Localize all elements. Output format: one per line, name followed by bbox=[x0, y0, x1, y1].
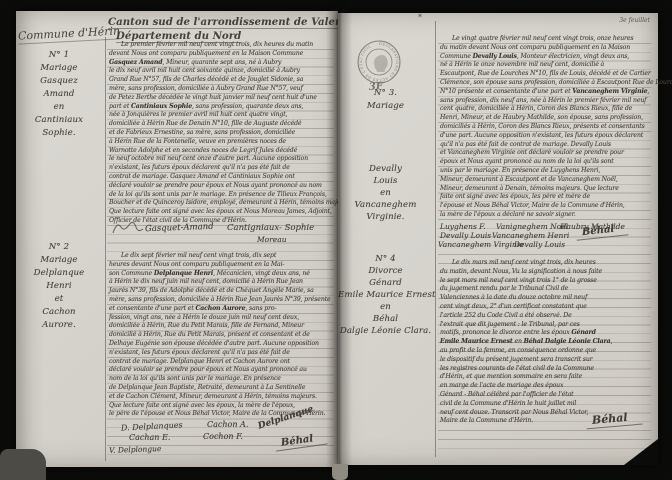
text-line: Gasquez bbox=[16, 75, 102, 88]
text-line: unis par le mariage. En présence de Luyg… bbox=[440, 167, 651, 176]
text-line: et Vancaneghem Virginie ont déclaré voul… bbox=[440, 149, 651, 158]
text-line: Le vingt quatre février mil neuf cent vi… bbox=[440, 35, 651, 44]
text-line: domiciliés à Hérin, Coron des Blancs Rie… bbox=[440, 123, 651, 132]
margin-rule bbox=[105, 37, 106, 461]
text-line: Escautpont, Rue de Lourches N°10, fils d… bbox=[440, 70, 651, 79]
text-line: cent quatre, domiciliée à Hérin, Coron d… bbox=[440, 105, 651, 114]
text-line: Clémence, son épouse sans profession, do… bbox=[440, 79, 651, 88]
right-page: 3e feuillet * DÉCLARATIONS ET ACTES DE L… bbox=[338, 13, 658, 465]
signature: Cachan E. bbox=[129, 433, 170, 442]
text-line: N°10 présente et consentante d'une part … bbox=[440, 88, 651, 97]
text-line: le sept mars mil neuf cent vingt trois 1… bbox=[440, 277, 651, 286]
text-line: en marge de l'acte de mariage des époux bbox=[440, 382, 651, 391]
text-line: de Petez Berthe décédée le vingt huit ja… bbox=[109, 94, 334, 103]
text-line: en bbox=[338, 301, 433, 313]
text-line: à Hérin Rue de la Fontenelle, veuve en p… bbox=[109, 138, 334, 147]
text-line: Génard bbox=[338, 277, 433, 289]
text-line: le dix neuf avril mil huit cent soixante… bbox=[109, 67, 334, 76]
text-line: époux et Nous ayant prononcé au nom de l… bbox=[440, 158, 651, 167]
text-line: mère, sans profession, domiciliée à Héri… bbox=[109, 296, 334, 305]
text-line: Amand bbox=[16, 88, 102, 101]
text-line: du jugement rendu par le Tribunal Civil … bbox=[440, 285, 651, 294]
text-line: Grand Rue N°57, fils de Charles décédé e… bbox=[109, 76, 334, 85]
text-line: en bbox=[16, 101, 102, 114]
text-line: Henri bbox=[16, 280, 102, 293]
text-line: du matin devant Nous ont comparu publiqu… bbox=[440, 44, 651, 53]
text-line: Le dix sept février mil neuf cent vingt … bbox=[109, 252, 334, 261]
text-line: Emile Maurice Ernest bbox=[338, 289, 433, 301]
text-line: contrat de mariage. Gasquez Amand et Can… bbox=[109, 173, 334, 182]
text-line: heures devant Nous ont comparu publiquem… bbox=[109, 261, 334, 270]
text-line: mère, sans profession, domiciliée à Aubr… bbox=[109, 85, 334, 94]
text-line: Cachon bbox=[16, 306, 102, 319]
text-line: Virginie. bbox=[338, 211, 433, 223]
text-line: domicilié à Hérin, Rue du Petit Marais, … bbox=[109, 331, 334, 340]
text-line: le dispositif du présent jugement sera t… bbox=[440, 356, 651, 365]
signature-paraph bbox=[111, 221, 145, 237]
signature: D. Delplanques bbox=[121, 420, 183, 432]
text-line: faite ont signé avec les époux, les père… bbox=[440, 193, 651, 202]
marianne-head-icon bbox=[374, 55, 388, 72]
text-line: Jaurès N°39, fils de Adolphe décédé et d… bbox=[109, 287, 334, 296]
text-line: déclaré vouloir se prendre pour époux et… bbox=[109, 182, 334, 191]
text-line: N° 2 bbox=[16, 241, 102, 254]
text-line: Le premier février mil neuf cent vingt t… bbox=[109, 41, 334, 50]
text-line: n'existant, les futurs époux déclarent q… bbox=[109, 164, 334, 173]
text-line: l'épouse et Nous Béhal Victor, Maire de … bbox=[440, 202, 651, 211]
text-line: Mariage bbox=[16, 254, 102, 267]
signature: V. Delplongue bbox=[109, 444, 162, 455]
text-line: domiciliée à Hérin, Rue du Petit Marais,… bbox=[109, 322, 334, 331]
text-line: déclaré vouloir se prendre pour époux et… bbox=[109, 366, 334, 375]
signature: Moreau bbox=[257, 235, 287, 244]
signature: Luyghens F. bbox=[440, 222, 486, 231]
left-page: Commune d'Hérin Canton sud de l'arrondis… bbox=[16, 11, 338, 467]
text-line: Devally bbox=[338, 163, 433, 175]
act-2-body: Le dix sept février mil neuf cent vingt … bbox=[109, 252, 334, 419]
text-line: Delhaye Eugénie son épouse décédée d'aut… bbox=[109, 340, 334, 349]
signature: Cochon F. bbox=[203, 432, 243, 441]
fiscal-stamp: DÉCLARATIONS ET ACTES DE L'ÉTAT CIVIL 3F bbox=[350, 35, 408, 93]
text-line: Vancaneghem bbox=[338, 199, 433, 211]
folio-note: 3e feuillet bbox=[619, 17, 650, 24]
text-line: Delplanque bbox=[16, 267, 102, 280]
text-line: et de Fabrieux Ernestine, sa mère, sans … bbox=[109, 129, 334, 138]
text-line: nom de la loi qu'ils sont unis par le ma… bbox=[109, 375, 334, 384]
text-line: Divorce bbox=[338, 265, 433, 277]
signature: Béhal bbox=[274, 431, 328, 451]
margin-annotation-act-3-header: N° 3.Mariage bbox=[338, 87, 433, 113]
text-line: de Delplanque Jean Baptiste, Retraité, d… bbox=[109, 384, 334, 393]
text-line: Louis bbox=[338, 175, 433, 187]
text-line: Emile Maurice Ernest en Béhal Dalgie Léo… bbox=[440, 338, 651, 347]
page-mark: * bbox=[418, 13, 422, 22]
text-line: n'existant, les futurs époux déclarent q… bbox=[109, 349, 334, 358]
text-line: N° 1 bbox=[16, 49, 102, 62]
text-line: à Hérin le dix neuf juin mil neuf cent, … bbox=[109, 278, 334, 287]
signature: Devally Louis bbox=[514, 240, 565, 249]
text-line: N° 4 bbox=[338, 253, 433, 265]
left-body-column: Le premier février mil neuf cent vingt t… bbox=[107, 41, 334, 461]
text-line: cent vingt deux, 2° d'un certificat cons… bbox=[440, 303, 651, 312]
text-line: devant Nous ont comparu publiquement en … bbox=[109, 50, 334, 59]
text-line: civil de la Commune d'Hérin le huit juil… bbox=[440, 400, 651, 409]
text-line: N° 3. bbox=[338, 87, 433, 100]
signature: Devally Louis bbox=[440, 231, 491, 240]
text-line: né à Hérin le onze novembre mil neuf cen… bbox=[440, 61, 651, 70]
text-line: motifs, prononce le divorce entre les ép… bbox=[440, 329, 651, 338]
gutter-paper-edge bbox=[332, 464, 348, 480]
text-line: Aurore. bbox=[16, 319, 102, 332]
margin-annotation-act-2: N° 2MariageDelplanqueHenrietCachonAurore… bbox=[16, 241, 102, 332]
text-line: Mineur, demeurant à Escautpont et de Van… bbox=[440, 176, 651, 185]
signature: Cachon A. bbox=[207, 420, 248, 429]
text-line: Boucher et de Quinceroy Isidore, employé… bbox=[109, 199, 334, 208]
text-line: Cantiniaux bbox=[16, 114, 102, 127]
text-line: en bbox=[338, 187, 433, 199]
text-line: Le dix mars mil neuf cent vingt trois, d… bbox=[440, 259, 651, 268]
text-line: domiciliée à Hérin Rue de Denain N°10, f… bbox=[109, 120, 334, 129]
text-line: d'Hérin, et que mention sommaire en sera… bbox=[440, 373, 651, 382]
text-line: d'une part. Aucune opposition n'existant… bbox=[440, 132, 651, 141]
margin-annotation-act-3-names: DevallyLouisenVancaneghemVirginie. bbox=[338, 163, 433, 223]
text-line: Sophie. bbox=[16, 127, 102, 140]
right-body-column: Le vingt quatre février mil neuf cent vi… bbox=[438, 35, 651, 455]
signature: Vancaneghem Henri bbox=[492, 231, 569, 240]
margin-rule bbox=[435, 21, 436, 457]
signature: Vanigneghem Noël bbox=[496, 222, 568, 231]
act-3-body: Le vingt quatre février mil neuf cent vi… bbox=[440, 35, 651, 220]
text-line: la mère de l'époux a déclaré ne savoir s… bbox=[440, 211, 651, 220]
text-line: et de Cachon Clément, Mineur, demeurant … bbox=[109, 393, 334, 402]
text-line: et bbox=[16, 293, 102, 306]
text-line: Que lecture faite ont signé avec les épo… bbox=[109, 208, 334, 217]
text-line: née à Jonquières le premier avril mil hu… bbox=[109, 111, 334, 120]
text-line: le neuf octobre mil neuf cent onze d'aut… bbox=[109, 155, 334, 164]
scanner-artifact bbox=[0, 449, 46, 480]
text-line: Henri, Mineur, et de Haubry Mathilde, so… bbox=[440, 114, 651, 123]
signature: Cantigniaux- Sophie bbox=[227, 223, 314, 233]
scanned-register-spread: Commune d'Hérin Canton sud de l'arrondis… bbox=[0, 0, 672, 480]
text-line: Génard - Béhal célébré par l'officier de… bbox=[440, 391, 651, 400]
text-line: Valenciennes à la date du douze octobre … bbox=[440, 294, 651, 303]
margin-annotation-act-1: N° 1MariageGasquezAmandenCantiniauxSophi… bbox=[16, 49, 102, 140]
margin-annotation-act-4: N° 4DivorceGénardEmile Maurice ErnestenB… bbox=[338, 253, 433, 337]
text-line: l'article 252 du Code Civil a été observ… bbox=[440, 312, 651, 321]
signature: Gasquet-Amand bbox=[145, 222, 214, 234]
signature: Vancaneghem Virginie bbox=[438, 240, 524, 249]
text-line: Dalgie Léonie Clara. bbox=[338, 325, 433, 337]
text-line: Warnotte Adolphe et en secondes noces de… bbox=[109, 147, 334, 156]
text-line: Mariage bbox=[338, 100, 433, 113]
act-4-body: Le dix mars mil neuf cent vingt trois, d… bbox=[440, 259, 651, 426]
text-line: du matin, devant Nous, Vu la significati… bbox=[440, 268, 651, 277]
act-1-body: Le premier février mil neuf cent vingt t… bbox=[109, 41, 334, 226]
text-line: au profit de la femme, en conséquence or… bbox=[440, 347, 651, 356]
text-line: Béhal bbox=[338, 313, 433, 325]
text-line: Mariage bbox=[16, 62, 102, 75]
text-line: et consentante d'une part et Cachon Auro… bbox=[109, 305, 334, 314]
